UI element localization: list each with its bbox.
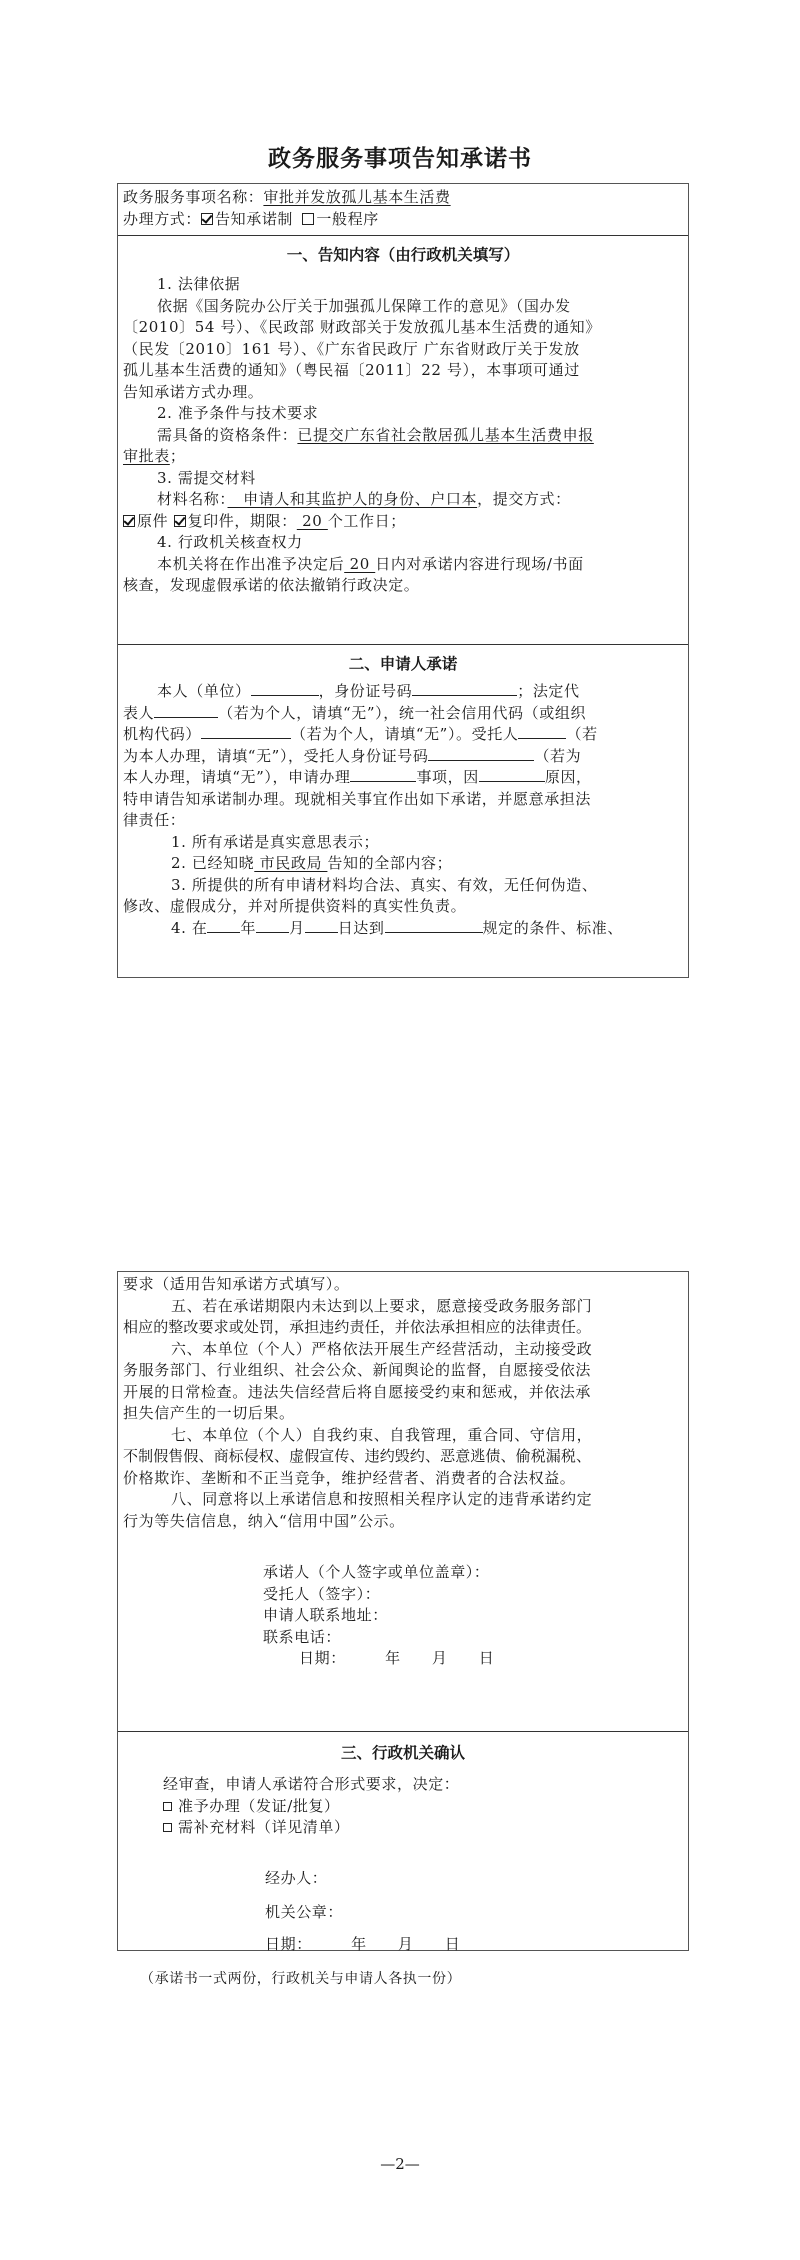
promise4-text: 年 (240, 919, 256, 937)
materials-line: 材料名称： 申请人和其监护人的身份、户口本，提交方式： (123, 489, 683, 511)
sign-phone: 联系电话： (123, 1627, 683, 1649)
conditions-label: 需具备的资格条件： (157, 426, 297, 444)
promise-3: 3. 所提供的所有申请材料均合法、真实、有效，无任何伪造、 (123, 875, 683, 897)
sign-date: 日期： 年 月 日 (123, 1648, 683, 1670)
section2-heading: 二、申请人承诺 (123, 645, 683, 681)
review-line-2: 核查，发现虚假承诺的依法撤销行政决定。 (123, 575, 683, 597)
clause-7-cont: 价格欺诈、垄断和不正当竞争，维护经营者、消费者的合法权益。 (123, 1468, 683, 1490)
section3-intro: 经审查，申请人承诺符合形式要求，决定： (123, 1770, 683, 1796)
page-number: —2— (0, 2155, 800, 2173)
option-supplement-label: 需补充材料（详见清单） (178, 1818, 350, 1836)
intro-text: ，身份证号码 (319, 682, 413, 700)
blank-credit-code[interactable] (201, 724, 291, 739)
clause-6-cont: 担失信产生的一切后果。 (123, 1403, 683, 1425)
confirm-date: 日期： 年 月 日 (123, 1929, 683, 1959)
deadline-value: 20 (297, 512, 328, 530)
blank-agent[interactable] (518, 724, 566, 739)
option-approve-label: 准予办理（发证/批复） (178, 1797, 340, 1815)
clause-6-cont: 务服务部门、行业组织、社会公众、新闻舆论的监督，自愿接受依法 (123, 1360, 683, 1382)
review-heading: 4. 行政机关核查权力 (123, 532, 683, 554)
promise-4-cont: 要求（适用告知承诺方式填写）。 (123, 1274, 683, 1296)
intro-text: （若 (566, 725, 597, 743)
conditions-heading: 2. 准予条件与技术要求 (123, 403, 683, 425)
legal-basis-line: （民发〔2010〕161 号）、《广东省民政厅 广东省财政厅关于发放 (123, 339, 683, 361)
option-approve: 准予办理（发证/批复） (123, 1796, 683, 1818)
deadline-unit: 个工作日； (328, 512, 406, 530)
legal-basis-heading: 1. 法律依据 (123, 272, 683, 296)
intro-text: 事项，因 (416, 768, 478, 786)
intro-tail: 特申请告知承诺制办理。现就相关事宜作出如下承诺，并愿意承担法 (123, 789, 683, 811)
legal-basis-line: 依据《国务院办公厅关于加强孤儿保障工作的意见》（国办发 (123, 296, 683, 318)
promise4-text: 4. 在 (171, 919, 207, 937)
deadline-label: ，期限： (234, 512, 296, 530)
promise2-value: 市民政局 (254, 854, 327, 872)
review-suffix: 日内对承诺内容进行现场/书面 (375, 555, 583, 573)
method-label: 办理方式： (123, 210, 201, 228)
materials-submit-label: ，提交方式： (477, 490, 571, 508)
item-name-label: 政务服务事项名称： (123, 188, 263, 206)
intro-text: 本人（单位） (157, 682, 251, 700)
blank-legal-rep[interactable] (154, 703, 218, 718)
checkbox-checked-icon[interactable] (123, 515, 135, 527)
intro-tail: 律责任： (123, 810, 683, 832)
seal-line: 机关公章： (123, 1895, 683, 1929)
blank-day[interactable] (305, 918, 338, 933)
form-box-page2: 要求（适用告知承诺方式填写）。 五、若在承诺期限内未达到以上要求，愿意接受政务服… (117, 1271, 689, 1951)
blank-year[interactable] (207, 918, 240, 933)
clause-7-cont: 不制假售假、商标侵权、虚假宣传、违约毁约、恶意逃债、偷税漏税、 (123, 1446, 683, 1468)
promise-1: 1. 所有承诺是真实意思表示； (123, 832, 683, 854)
promise-2: 2. 已经知晓 市民政局 告知的全部内容； (123, 853, 683, 875)
conditions-line: 需具备的资格条件：已提交广东省社会散居孤儿基本生活费申报 (123, 425, 683, 447)
promise-4: 4. 在年月日达到规定的条件、标准、 (123, 918, 683, 940)
clause-6-cont: 开展的日常检查。违法失信经营后将自愿接受约束和惩戒，并依法承 (123, 1382, 683, 1404)
header-row: 政务服务事项名称：审批并发放孤儿基本生活费 办理方式：告知承诺制 一般程序 (118, 184, 688, 236)
method-option-general: 一般程序 (316, 210, 378, 228)
review-days: 20 (344, 555, 375, 573)
intro-line: 表人（若为个人，请填“无”），统一社会信用代码（或组织 (123, 703, 683, 725)
materials-value: 申请人和其监护人的身份、户口本 (228, 490, 478, 508)
intro-text: 本人办理，请填“无”），申请办理 (123, 768, 350, 786)
blank-reason[interactable] (479, 767, 545, 782)
blank-agent-id[interactable] (428, 746, 534, 761)
submit-method-line: 原件 复印件，期限： 20 个工作日； (123, 511, 683, 533)
clause-8: 八、同意将以上承诺信息和按照相关程序认定的违背承诺约定 (123, 1489, 683, 1511)
review-prefix: 本机关将在作出准予决定后 (157, 555, 344, 573)
promise2-prefix: 2. 已经知晓 (171, 854, 254, 872)
intro-text: 原因， (545, 768, 592, 786)
legal-basis-line: 告知承诺方式办理。 (123, 382, 683, 404)
intro-text: （若为个人，请填“无”）。受托人 (291, 725, 518, 743)
blank-standard[interactable] (385, 918, 483, 933)
legal-basis-line: 〔2010〕54 号）、《民政部 财政部关于发放孤儿基本生活费的通知》 (123, 317, 683, 339)
intro-line: 本人（单位），身份证号码；法定代 (123, 681, 683, 703)
clause-5-cont: 相应的整改要求或处罚，承担违约责任，并依法承担相应的法律责任。 (123, 1317, 683, 1339)
document-title: 政务服务事项告知承诺书 (0, 140, 800, 173)
item-name-line: 政务服务事项名称：审批并发放孤儿基本生活费 (123, 187, 683, 209)
checkbox-empty-icon[interactable] (163, 1823, 172, 1832)
sign-agent: 受托人（签字）： (123, 1584, 683, 1606)
intro-text: ；法定代 (517, 682, 579, 700)
intro-text: （若为个人，请填“无”），统一社会信用代码（或组织 (218, 704, 586, 722)
promise4-text: 日达到 (338, 919, 385, 937)
clause-6: 六、本单位（个人）严格依法开展生产经营活动，主动接受政 (123, 1339, 683, 1361)
materials-label: 材料名称： (157, 490, 228, 508)
blank-unit[interactable] (251, 681, 319, 696)
materials-heading: 3. 需提交材料 (123, 468, 683, 490)
method-line: 办理方式：告知承诺制 一般程序 (123, 209, 683, 231)
section3: 三、行政机关确认 经审查，申请人承诺符合形式要求，决定： 准予办理（发证/批复）… (118, 1732, 688, 1949)
promise4-text: 月 (289, 919, 305, 937)
section2-part1: 二、申请人承诺 本人（单位），身份证号码；法定代 表人（若为个人，请填“无”），… (118, 645, 688, 977)
sign-address: 申请人联系地址： (123, 1605, 683, 1627)
legal-basis-line: 孤儿基本生活费的通知》（粤民福〔2011〕22 号），本事项可通过 (123, 360, 683, 382)
intro-line: 本人办理，请填“无”），申请办理事项，因原因， (123, 767, 683, 789)
section3-heading: 三、行政机关确认 (123, 1732, 683, 1770)
conditions-value: 已提交广东省社会散居孤儿基本生活费申报 (297, 426, 593, 444)
checkbox-checked-icon[interactable] (201, 213, 213, 225)
copies-note: （承诺书一式两份，行政机关与申请人各执一份） (140, 1968, 461, 1988)
submit-option-original: 原件 (137, 512, 168, 530)
conditions-end: ； (170, 447, 186, 465)
intro-line: 机构代码）（若为个人，请填“无”）。受托人（若 (123, 724, 683, 746)
intro-text: （若为 (534, 747, 581, 765)
promise4-text: 规定的条件、标准、 (483, 919, 623, 937)
intro-line: 为本人办理，请填“无”），受托人身份证号码（若为 (123, 746, 683, 768)
promise-3-cont: 修改、虚假成分，并对所提供资料的真实性负责。 (123, 896, 683, 918)
checkbox-empty-icon[interactable] (163, 1802, 172, 1811)
checkbox-checked-icon[interactable] (174, 515, 186, 527)
item-name-value: 审批并发放孤儿基本生活费 (263, 188, 450, 206)
promise2-suffix: 告知的全部内容； (327, 854, 452, 872)
clause-7: 七、本单位（个人）自我约束、自我管理，重合同、守信用， (123, 1425, 683, 1447)
section1: 一、告知内容（由行政机关填写） 1. 法律依据 依据《国务院办公厅关于加强孤儿保… (118, 236, 688, 645)
blank-month[interactable] (256, 918, 289, 933)
conditions-value-cont: 审批表 (123, 447, 170, 465)
conditions-line-2: 审批表； (123, 446, 683, 468)
method-option-notify: 告知承诺制 (215, 210, 293, 228)
blank-id-number[interactable] (412, 681, 517, 696)
option-supplement: 需补充材料（详见清单） (123, 1817, 683, 1839)
checkbox-empty-icon[interactable] (302, 213, 314, 225)
blank-matter[interactable] (350, 767, 416, 782)
sign-promisor: 承诺人（个人签字或单位盖章）： (123, 1562, 683, 1584)
review-line: 本机关将在作出准予决定后 20 日内对承诺内容进行现场/书面 (123, 554, 683, 576)
intro-text: 为本人办理，请填“无”），受托人身份证号码 (123, 747, 428, 765)
section2-part2: 要求（适用告知承诺方式填写）。 五、若在承诺期限内未达到以上要求，愿意接受政务服… (118, 1272, 688, 1732)
clause-8-cont: 行为等失信信息，纳入“信用中国”公示。 (123, 1511, 683, 1533)
submit-option-copy: 复印件 (188, 512, 235, 530)
section1-heading: 一、告知内容（由行政机关填写） (123, 236, 683, 272)
intro-text: 机构代码） (123, 725, 201, 743)
handler-line: 经办人： (123, 1861, 683, 1895)
intro-text: 表人 (123, 704, 154, 722)
form-box-page1: 政务服务事项名称：审批并发放孤儿基本生活费 办理方式：告知承诺制 一般程序 一、… (117, 183, 689, 978)
clause-5: 五、若在承诺期限内未达到以上要求，愿意接受政务服务部门 (123, 1296, 683, 1318)
